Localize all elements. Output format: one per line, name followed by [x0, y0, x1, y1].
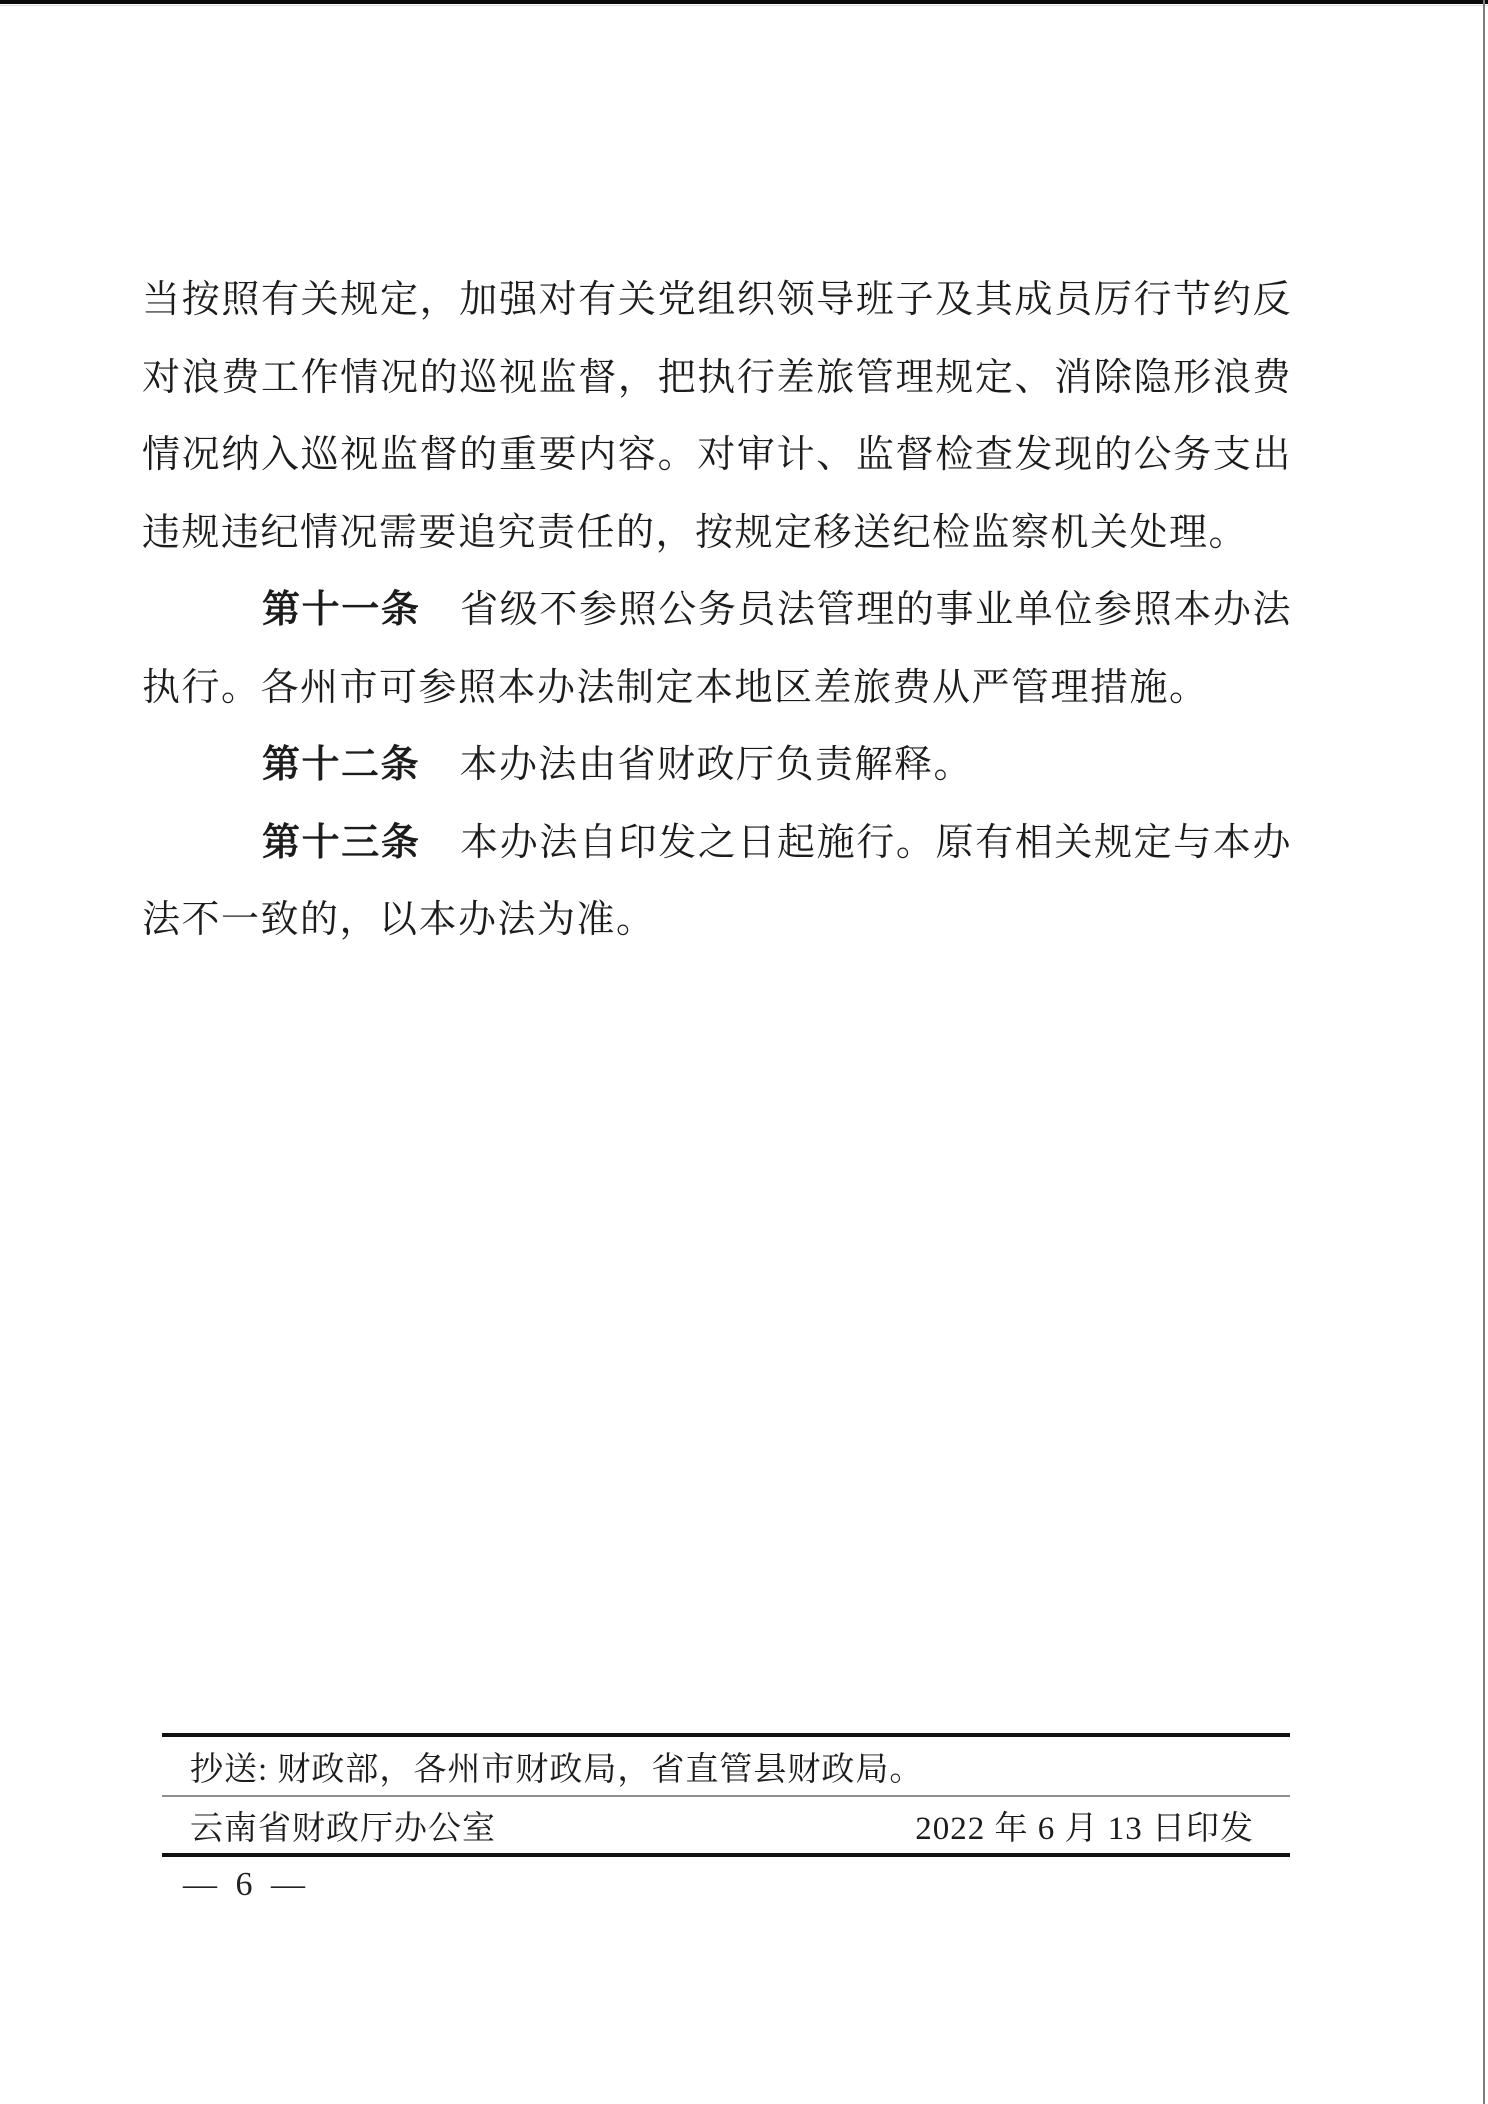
body-paragraph-article-13: 第十三条 本办法自印发之日起施行。原有相关规定与本办法不一致的，以本办法为准。: [142, 805, 1292, 960]
article-12-term: 第十二条: [262, 744, 420, 786]
scan-artifact-top-bar: [0, 0, 1488, 4]
paragraph-text: 当按照有关规定，加强对有关党组织领导班子及其成员厉行节约反对浪费工作情况的巡视监…: [142, 279, 1292, 554]
footer-rule-bottom: [162, 1853, 1290, 1857]
issuer-office-text: 云南省财政厅办公室: [190, 1802, 496, 1849]
document-page: 当按照有关规定，加强对有关党组织领导班子及其成员厉行节约反对浪费工作情况的巡视监…: [0, 0, 1488, 2104]
page-number: — 6 —: [183, 1866, 305, 1904]
footer-copy-to-row: 抄送: 财政部，各州市财政局，省直管县财政局。: [162, 1737, 1290, 1795]
article-13-term: 第十三条: [262, 822, 420, 864]
scan-artifact-top-faint-line: [0, 5, 1488, 6]
body-paragraph-continuation: 当按照有关规定，加强对有关党组织领导班子及其成员厉行节约反对浪费工作情况的巡视监…: [142, 262, 1292, 572]
footer-issuer-row: 云南省财政厅办公室 2022 年 6 月 13 日印发: [162, 1797, 1290, 1853]
copy-to-text: 抄送: 财政部，各州市财政局，省直管县财政局。: [190, 1743, 923, 1790]
body-paragraph-article-11: 第十一条 省级不参照公务员法管理的事业单位参照本办法执行。各州市可参照本办法制定…: [142, 572, 1292, 727]
body-paragraph-article-12: 第十二条 本办法由省财政厅负责解释。: [142, 727, 1292, 805]
article-11-term: 第十一条: [262, 589, 420, 631]
document-body: 当按照有关规定，加强对有关党组织领导班子及其成员厉行节约反对浪费工作情况的巡视监…: [142, 262, 1292, 960]
scan-artifact-right-edge-line: [1483, 0, 1485, 2104]
print-date-text: 2022 年 6 月 13 日印发: [915, 1802, 1254, 1849]
article-12-text: 本办法由省财政厅负责解释。: [420, 744, 973, 786]
